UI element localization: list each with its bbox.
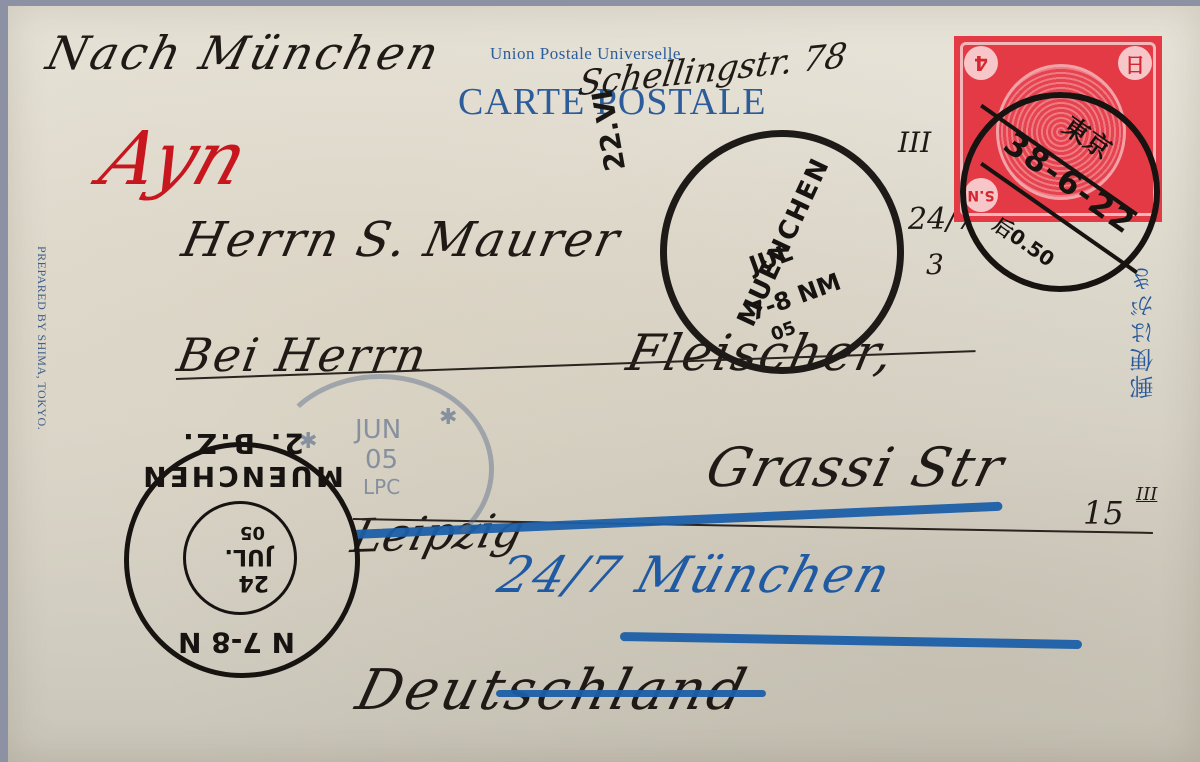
forwarding-note: Nach München (41, 26, 447, 80)
postmark-time: 后0.50 (988, 209, 1061, 273)
postmark-month: JUL (746, 238, 797, 279)
postmark-time: N 7-8 N (178, 626, 295, 659)
munich-forward-postmark: N 7-8 N 24 JUL. 05 MUENCHEN 2. B.Z. (124, 442, 360, 678)
munich-arrival-postmark: MUENCHEN JUL 7-8 NM 05 (660, 130, 904, 374)
floor-number: III (1136, 484, 1157, 505)
blue-strikethrough-country (496, 690, 766, 697)
blue-strikethrough-lower (620, 632, 1082, 649)
red-ink-mark: Ayn (90, 116, 258, 202)
side-note-roman: III (898, 126, 931, 159)
publisher-imprint: PREPARED BY SHIMA, TOKYO. (34, 246, 49, 430)
postmark-ring-text: MUENCHEN 2. B.Z. (137, 427, 347, 493)
tokyo-postmark: 東京 38-6-22 后0.50 (960, 92, 1160, 292)
house-number: 15 (1083, 494, 1124, 532)
street-line: Grassi Str (700, 436, 1011, 499)
postcard: Union Postale Universelle CARTE POSTALE … (8, 6, 1200, 762)
stamp-value-corner: 4 (964, 46, 998, 80)
postmark-month: JUL. (225, 544, 273, 569)
postmark-year: 05 (768, 317, 799, 345)
new-city-blue: 24/7 München (492, 546, 898, 604)
side-note-digit: 3 (926, 248, 944, 281)
stamp-kanji-corner: 日 (1118, 46, 1152, 80)
recipient-line: Herrn S. Maurer (177, 212, 626, 268)
star-icon: ✱ (439, 405, 457, 430)
japanese-postcard-label: 郵便はがき (1126, 264, 1161, 399)
postmark-day: 24 (238, 570, 269, 595)
postmark-year: 05 (240, 522, 265, 543)
